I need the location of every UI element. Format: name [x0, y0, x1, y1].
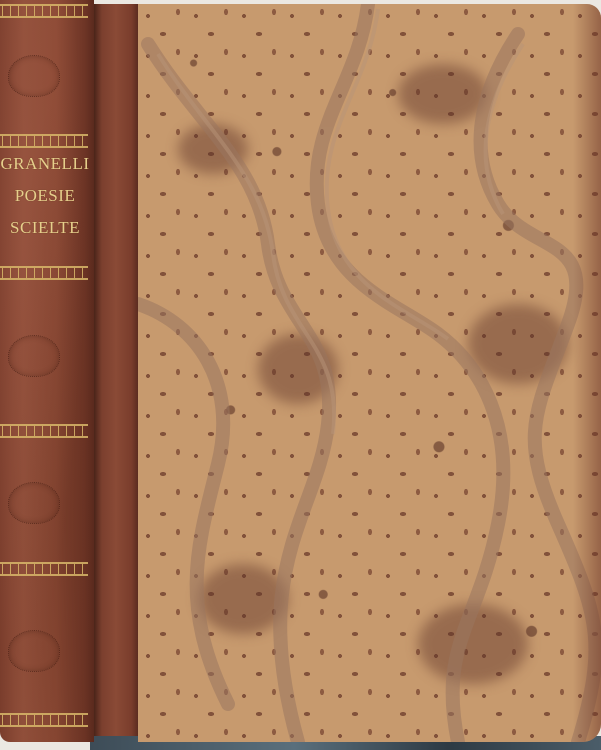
board-edge-wear: [573, 4, 601, 742]
book-spine: GRANELLI POESIE SCIELTE: [0, 0, 94, 742]
greek-key-band-icon: [0, 134, 88, 148]
spine-author: GRANELLI: [0, 148, 90, 180]
greek-key-band-icon: [0, 4, 88, 18]
leather-hinge: [94, 4, 138, 736]
marble-veins: [138, 4, 601, 742]
eagle-emblem-icon: [8, 55, 60, 97]
book: GRANELLI POESIE SCIELTE: [0, 0, 601, 742]
eagle-emblem-icon: [8, 630, 60, 672]
greek-key-band-icon: [0, 713, 88, 727]
eagle-emblem-icon: [8, 482, 60, 524]
spine-title-line-1: POESIE: [0, 180, 90, 212]
spine-title: GRANELLI POESIE SCIELTE: [0, 148, 90, 244]
photo-background: GRANELLI POESIE SCIELTE: [0, 0, 601, 750]
marbled-front-board: [138, 4, 601, 742]
greek-key-band-icon: [0, 266, 88, 280]
greek-key-band-icon: [0, 424, 88, 438]
greek-key-band-icon: [0, 562, 88, 576]
spine-title-line-2: SCIELTE: [0, 212, 90, 244]
eagle-emblem-icon: [8, 335, 60, 377]
